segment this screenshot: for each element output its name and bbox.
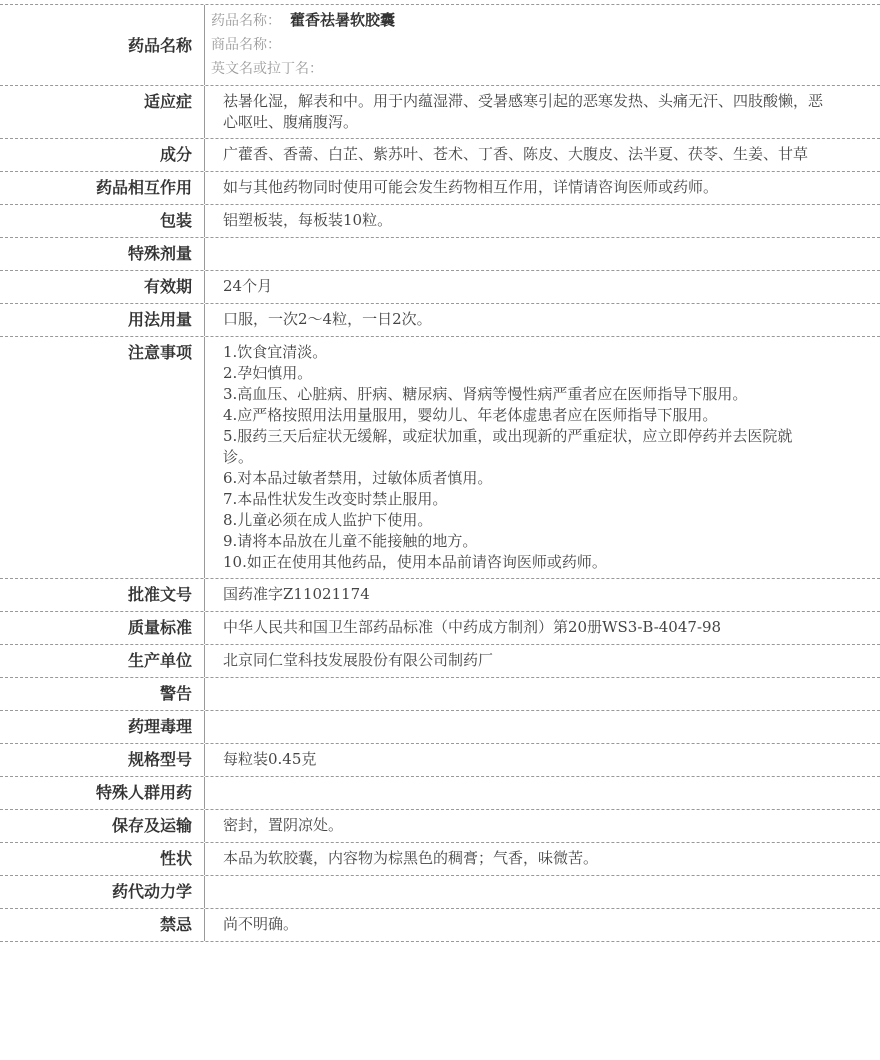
row-precautions: 注意事项 1.饮食宜清淡。 2.孕妇慎用。 3.高血压、心脏病、肝病、糖尿病、肾… — [0, 337, 880, 579]
row-pharmacology-toxicology-value — [205, 711, 880, 743]
row-quality-standard-label: 质量标准 — [0, 612, 205, 644]
row-packaging-value: 铝塑板装，每板装10粒。 — [205, 205, 880, 237]
row-indications-value: 祛暑化湿，解表和中。用于内蕴湿滞、受暑感寒引起的恶寒发热、头痛无汗、四肢酸懒，恶… — [205, 86, 880, 138]
row-storage-transport: 保存及运输 密封，置阴凉处。 — [0, 810, 880, 843]
generic-name-value: 藿香祛暑软胶囊 — [290, 11, 395, 29]
row-shelf-life-label: 有效期 — [0, 271, 205, 303]
row-special-populations-label: 特殊人群用药 — [0, 777, 205, 809]
drug-info-page: 药品名称 药品名称：藿香祛暑软胶囊 商品名称： 英文名或拉丁名： 适应症 祛暑化… — [0, 4, 880, 1060]
row-drug-name-value: 药品名称：藿香祛暑软胶囊 商品名称： 英文名或拉丁名： — [205, 5, 880, 85]
row-warning: 警告 — [0, 678, 880, 711]
row-characteristics-label: 性状 — [0, 843, 205, 875]
row-special-dosage: 特殊剂量 — [0, 238, 880, 271]
row-storage-transport-value: 密封，置阴凉处。 — [205, 810, 880, 842]
row-contraindications-label: 禁忌 — [0, 909, 205, 941]
row-warning-label: 警告 — [0, 678, 205, 710]
row-manufacturer-value: 北京同仁堂科技发展股份有限公司制药厂 — [205, 645, 880, 677]
row-special-populations: 特殊人群用药 — [0, 777, 880, 810]
row-drug-interactions-label: 药品相互作用 — [0, 172, 205, 204]
row-characteristics-value: 本品为软胶囊，内容物为棕黑色的稠膏；气香，味微苦。 — [205, 843, 880, 875]
row-special-populations-value — [205, 777, 880, 809]
trade-name-label: 商品名称： — [211, 37, 281, 53]
row-storage-transport-label: 保存及运输 — [0, 810, 205, 842]
row-specification-value: 每粒装0.45克 — [205, 744, 880, 776]
row-dosage-administration: 用法用量 口服，一次2～4粒，一日2次。 — [0, 304, 880, 337]
row-specification-label: 规格型号 — [0, 744, 205, 776]
row-manufacturer-label: 生产单位 — [0, 645, 205, 677]
row-pharmacology-toxicology: 药理毒理 — [0, 711, 880, 744]
row-approval-number-value: 国药准字Z11021174 — [205, 579, 880, 611]
row-shelf-life-value: 24个月 — [205, 271, 880, 303]
row-pharmacokinetics: 药代动力学 — [0, 876, 880, 909]
row-special-dosage-label: 特殊剂量 — [0, 238, 205, 270]
row-approval-number: 批准文号 国药准字Z11021174 — [0, 579, 880, 612]
row-approval-number-label: 批准文号 — [0, 579, 205, 611]
row-dosage-administration-value: 口服，一次2～4粒，一日2次。 — [205, 304, 880, 336]
row-packaging: 包装 铝塑板装，每板装10粒。 — [0, 205, 880, 238]
row-packaging-label: 包装 — [0, 205, 205, 237]
row-special-dosage-value — [205, 238, 880, 270]
row-pharmacokinetics-value — [205, 876, 880, 908]
row-pharmacokinetics-label: 药代动力学 — [0, 876, 205, 908]
trade-name-line: 商品名称： — [211, 33, 860, 57]
row-precautions-value: 1.饮食宜清淡。 2.孕妇慎用。 3.高血压、心脏病、肝病、糖尿病、肾病等慢性病… — [205, 337, 880, 578]
row-manufacturer: 生产单位 北京同仁堂科技发展股份有限公司制药厂 — [0, 645, 880, 678]
row-shelf-life: 有效期 24个月 — [0, 271, 880, 304]
row-dosage-administration-label: 用法用量 — [0, 304, 205, 336]
row-indications: 适应症 祛暑化湿，解表和中。用于内蕴湿滞、受暑感寒引起的恶寒发热、头痛无汗、四肢… — [0, 86, 880, 139]
row-quality-standard: 质量标准 中华人民共和国卫生部药品标准（中药成方制剂）第20册WS3-B-404… — [0, 612, 880, 645]
row-drug-interactions-value: 如与其他药物同时使用可能会发生药物相互作用，详情请咨询医师或药师。 — [205, 172, 880, 204]
row-quality-standard-value: 中华人民共和国卫生部药品标准（中药成方制剂）第20册WS3-B-4047-98 — [205, 612, 880, 644]
row-ingredients-label: 成分 — [0, 139, 205, 171]
row-drug-interactions: 药品相互作用 如与其他药物同时使用可能会发生药物相互作用，详情请咨询医师或药师。 — [0, 172, 880, 205]
row-precautions-label: 注意事项 — [0, 337, 205, 578]
row-drug-name: 药品名称 药品名称：藿香祛暑软胶囊 商品名称： 英文名或拉丁名： — [0, 5, 880, 86]
row-drug-name-label: 药品名称 — [0, 5, 205, 85]
row-indications-label: 适应症 — [0, 86, 205, 138]
row-specification: 规格型号 每粒装0.45克 — [0, 744, 880, 777]
english-name-line: 英文名或拉丁名： — [211, 57, 860, 81]
drug-info-table: 药品名称 药品名称：藿香祛暑软胶囊 商品名称： 英文名或拉丁名： 适应症 祛暑化… — [0, 4, 880, 942]
row-ingredients-value: 广藿香、香薷、白芷、紫苏叶、苍术、丁香、陈皮、大腹皮、法半夏、茯苓、生姜、甘草 — [205, 139, 880, 171]
generic-name-label: 药品名称： — [211, 13, 281, 29]
row-pharmacology-toxicology-label: 药理毒理 — [0, 711, 205, 743]
row-characteristics: 性状 本品为软胶囊，内容物为棕黑色的稠膏；气香，味微苦。 — [0, 843, 880, 876]
row-contraindications-value: 尚不明确。 — [205, 909, 880, 941]
row-contraindications: 禁忌 尚不明确。 — [0, 909, 880, 942]
generic-name-line: 药品名称：藿香祛暑软胶囊 — [211, 9, 860, 33]
row-ingredients: 成分 广藿香、香薷、白芷、紫苏叶、苍术、丁香、陈皮、大腹皮、法半夏、茯苓、生姜、… — [0, 139, 880, 172]
row-warning-value — [205, 678, 880, 710]
english-name-label: 英文名或拉丁名： — [211, 61, 323, 77]
